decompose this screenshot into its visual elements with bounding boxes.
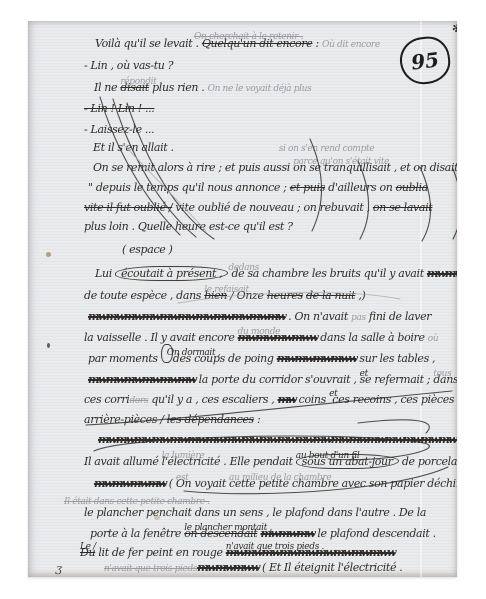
ink-text: de toute espèce , dans	[84, 289, 204, 302]
manuscript-line: mwmwmwmwmwmwmwmwmwmwmwmwmwmwmwmwmwmwmwmw…	[98, 431, 455, 448]
ink-text: le plancher penchait dans un sens , le p…	[84, 506, 426, 519]
ink-text: dans la salle à boire	[317, 331, 428, 344]
struck-ink-text: heures	[267, 289, 303, 302]
pencil-note: pas	[351, 313, 366, 323]
manuscript-line: Et il s'en allait .si on s'en rend compt…	[93, 139, 455, 156]
struck-ink-text: on se lavait	[373, 201, 432, 214]
ink-text: de porcelaine ,)	[399, 455, 457, 468]
ink-text: ( espace )	[122, 243, 173, 256]
scribbled-out-text: mwmww	[427, 267, 457, 280]
struck-ink-text: oublia	[396, 181, 428, 194]
manuscript-line: la vaisselle . Il y avait encore du mond…	[84, 329, 455, 346]
struck-ink-text: et puis	[290, 181, 325, 194]
scribbled-out-text: mw	[278, 393, 296, 406]
ink-text: Lui	[95, 267, 115, 280]
ink-text: d'ailleurs on	[325, 181, 396, 194]
pencil-note: où	[428, 334, 439, 344]
scribbled-out-text: mwmwmww	[197, 561, 259, 574]
manuscript-line: de toute espèce , dans le refaisaitbien …	[84, 287, 455, 304]
manuscript-line: mwmwmwmwmwmwmwmwmwmwmw . On n'avait pas …	[88, 308, 455, 325]
ink-text: ( Et Il éteignit l'électricité .	[259, 561, 403, 574]
ink-text: Il ne	[94, 81, 120, 94]
circled-ink-text: écoutait à présent ,	[115, 266, 228, 281]
manuscript-line: Il avait allumé la lumièrel'électricité …	[84, 453, 455, 470]
manuscript-line: - Lin ! Lin ! ...	[84, 100, 455, 117]
struck-ink-text: les dépendances	[167, 413, 254, 426]
manuscript-line: par moments On dormait ,des coups de poi…	[88, 350, 455, 367]
ink-text: la porte du corridor s'ouvrait ,	[195, 373, 359, 386]
manuscript-line: n'avait que trois piedsmwmwmww ( Et Il é…	[104, 559, 455, 576]
scribbled-out-text: mwmwmwmw	[94, 477, 166, 490]
ink-text: - Laissez-le ...	[84, 123, 154, 136]
manuscript-line: ( espace )	[122, 241, 455, 258]
manuscript-line: vite il fut oublié / vite oublié de nouv…	[84, 199, 455, 216]
ink-text: lit de fer peint en rouge	[95, 546, 226, 559]
pencil-note: Où dit encore	[322, 40, 380, 50]
circled-ink-insertion: On dormait ,	[161, 344, 173, 363]
manuscript-line: mwmwmwmwmwmw la porte du corridor s'ouvr…	[88, 371, 455, 388]
manuscript-line: ces corridors qu'il y a , ces escaliers …	[84, 391, 455, 408]
ink-text: (	[166, 477, 176, 490]
ink-text: - Lin , où vas-tu ?	[84, 59, 173, 72]
manuscript-line: " depuis le temps qu'il nous annonce ; e…	[88, 179, 455, 196]
ink-text: le plafond descendait .	[314, 527, 436, 540]
handwritten-text-block: On cherchait à le retenir .Voilà qu'il s…	[28, 23, 457, 577]
ink-text: porte à la fenêtre	[90, 527, 184, 540]
ink-text: la vaisselle . Il y avait encore	[84, 331, 238, 344]
struck-ink-text: de la nuit	[306, 289, 355, 302]
ink-text: . On n'avait	[285, 310, 351, 323]
manuscript-line: On se remit alors à rire ; et puis aussi…	[93, 159, 455, 176]
struck-pencil-note: n'avait que trois pieds	[104, 564, 197, 574]
manuscript-line: mwmwmwmw ( estOn voyait au milieu de la …	[94, 475, 455, 492]
manuscript-line: arrière-pièces / les dépendances :	[84, 411, 455, 428]
manuscript-page: On cherchait à le retenir .Voilà qu'il s…	[28, 21, 457, 577]
manuscript-line: porte à la fenêtre le plancher montait ,…	[90, 525, 455, 542]
scribbled-out-text: mwmwmwmww	[277, 352, 357, 365]
ink-text: " depuis le temps qu'il nous annonce ;	[88, 181, 290, 194]
ink-text: plus loin . Quelle heure est-ce qu'il es…	[84, 220, 293, 233]
pencil-note: On ne le voyait déjà plus	[208, 84, 312, 94]
ink-text: ces recoins , ces pièces et ces	[329, 393, 457, 406]
ink-text: coins	[296, 393, 330, 406]
ink-text: Il avait allumé	[84, 455, 162, 468]
ink-text: ,)	[355, 289, 365, 302]
manuscript-line: Voilà qu'il se levait . Quelqu'un dit en…	[95, 35, 455, 52]
manuscript-line: Il ne réponditdisait plus rien . On ne l…	[94, 79, 455, 96]
ink-text: :	[254, 413, 261, 426]
manuscript-line: le plancher penchait dans un sens , le p…	[84, 504, 455, 521]
ink-text: qu'il y a , ces escaliers ,	[148, 393, 277, 406]
ink-text: se refermait ;	[360, 373, 434, 386]
scribbled-out-text: mwmwmwmwmwmw	[88, 373, 195, 386]
struck-ink-text: vite il fut oublié /	[84, 201, 172, 214]
ink-text: arrière-pièces /	[84, 413, 167, 426]
pencil-note: si on s'en rend compte	[279, 144, 375, 154]
ink-text: On se remit alors à rire ; et puis aussi	[93, 161, 293, 174]
struck-pencil-note: dors	[129, 396, 148, 406]
ink-text: :	[312, 37, 322, 50]
ink-text: ces corri	[84, 393, 129, 406]
scribbled-out-text: mwmwmwmwmwmwmwmwmwmwmwmwmwmwmwmwmwmwmwmw…	[98, 433, 457, 446]
ink-text: fini de laver	[366, 310, 431, 323]
struck-ink-text: - Lin ! Lin ! ...	[84, 102, 154, 115]
ink-text: sur les tables ,	[356, 352, 435, 365]
manuscript-scan: On cherchait à le retenir .Voilà qu'il s…	[0, 0, 486, 599]
manuscript-line: plus loin . Quelle heure est-ce qu'il es…	[84, 218, 455, 235]
manuscript-line: - Laissez-le ...	[84, 121, 455, 138]
manuscript-line: Lui écoutait à présent ,dedans de sa cha…	[95, 265, 455, 282]
ink-text: Et il s'en allait .	[93, 141, 174, 154]
ink-text: plus rien .	[149, 81, 208, 94]
scribbled-out-text: mwmwmwmwmwmwmwmwmwmwmw	[88, 310, 285, 323]
ink-text: vite oublié de nouveau ; on rebuvait ,	[172, 201, 373, 214]
struck-ink-text: Quelqu'un dit encore	[202, 37, 313, 50]
ink-text: par moments	[88, 352, 161, 365]
page-number: 95	[410, 47, 441, 74]
ink-text: Voilà qu'il se levait .	[95, 37, 202, 50]
